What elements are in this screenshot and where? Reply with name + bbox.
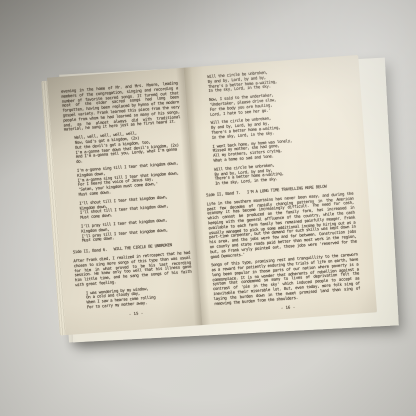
- left-commentary-paragraph: After Frank died, I realized in retrospe…: [73, 251, 192, 288]
- right-paragraph-1: Life in the southern mountains has never…: [207, 191, 358, 259]
- song-stanza: Well, well, well, well, well, Now, God's…: [74, 128, 183, 165]
- song-stanza: I'll shout till I tear that kingdom down…: [79, 194, 187, 221]
- song-stanza: I'm a-gonna sing till I tear that kingdo…: [77, 161, 186, 198]
- photo-backdrop: evening in the home of Mr. and Mrs. Moor…: [0, 0, 416, 416]
- song-stanza: I'll pray till I tear that kingdom down,…: [81, 217, 189, 244]
- right-paragraph-2: Songs of this type, promising rest and t…: [211, 253, 361, 307]
- right-page: Will the circle be unbroken, By and by, …: [184, 55, 377, 325]
- open-booklet: evening in the home of Mr. and Mrs. Moor…: [47, 55, 377, 335]
- left-page: evening in the home of Mr. and Mrs. Moor…: [47, 68, 203, 335]
- left-intro-paragraph: evening in the home of Mr. and Mrs. Moor…: [61, 81, 181, 133]
- closing-verse: I was wondering by my window, On a cold …: [86, 283, 194, 310]
